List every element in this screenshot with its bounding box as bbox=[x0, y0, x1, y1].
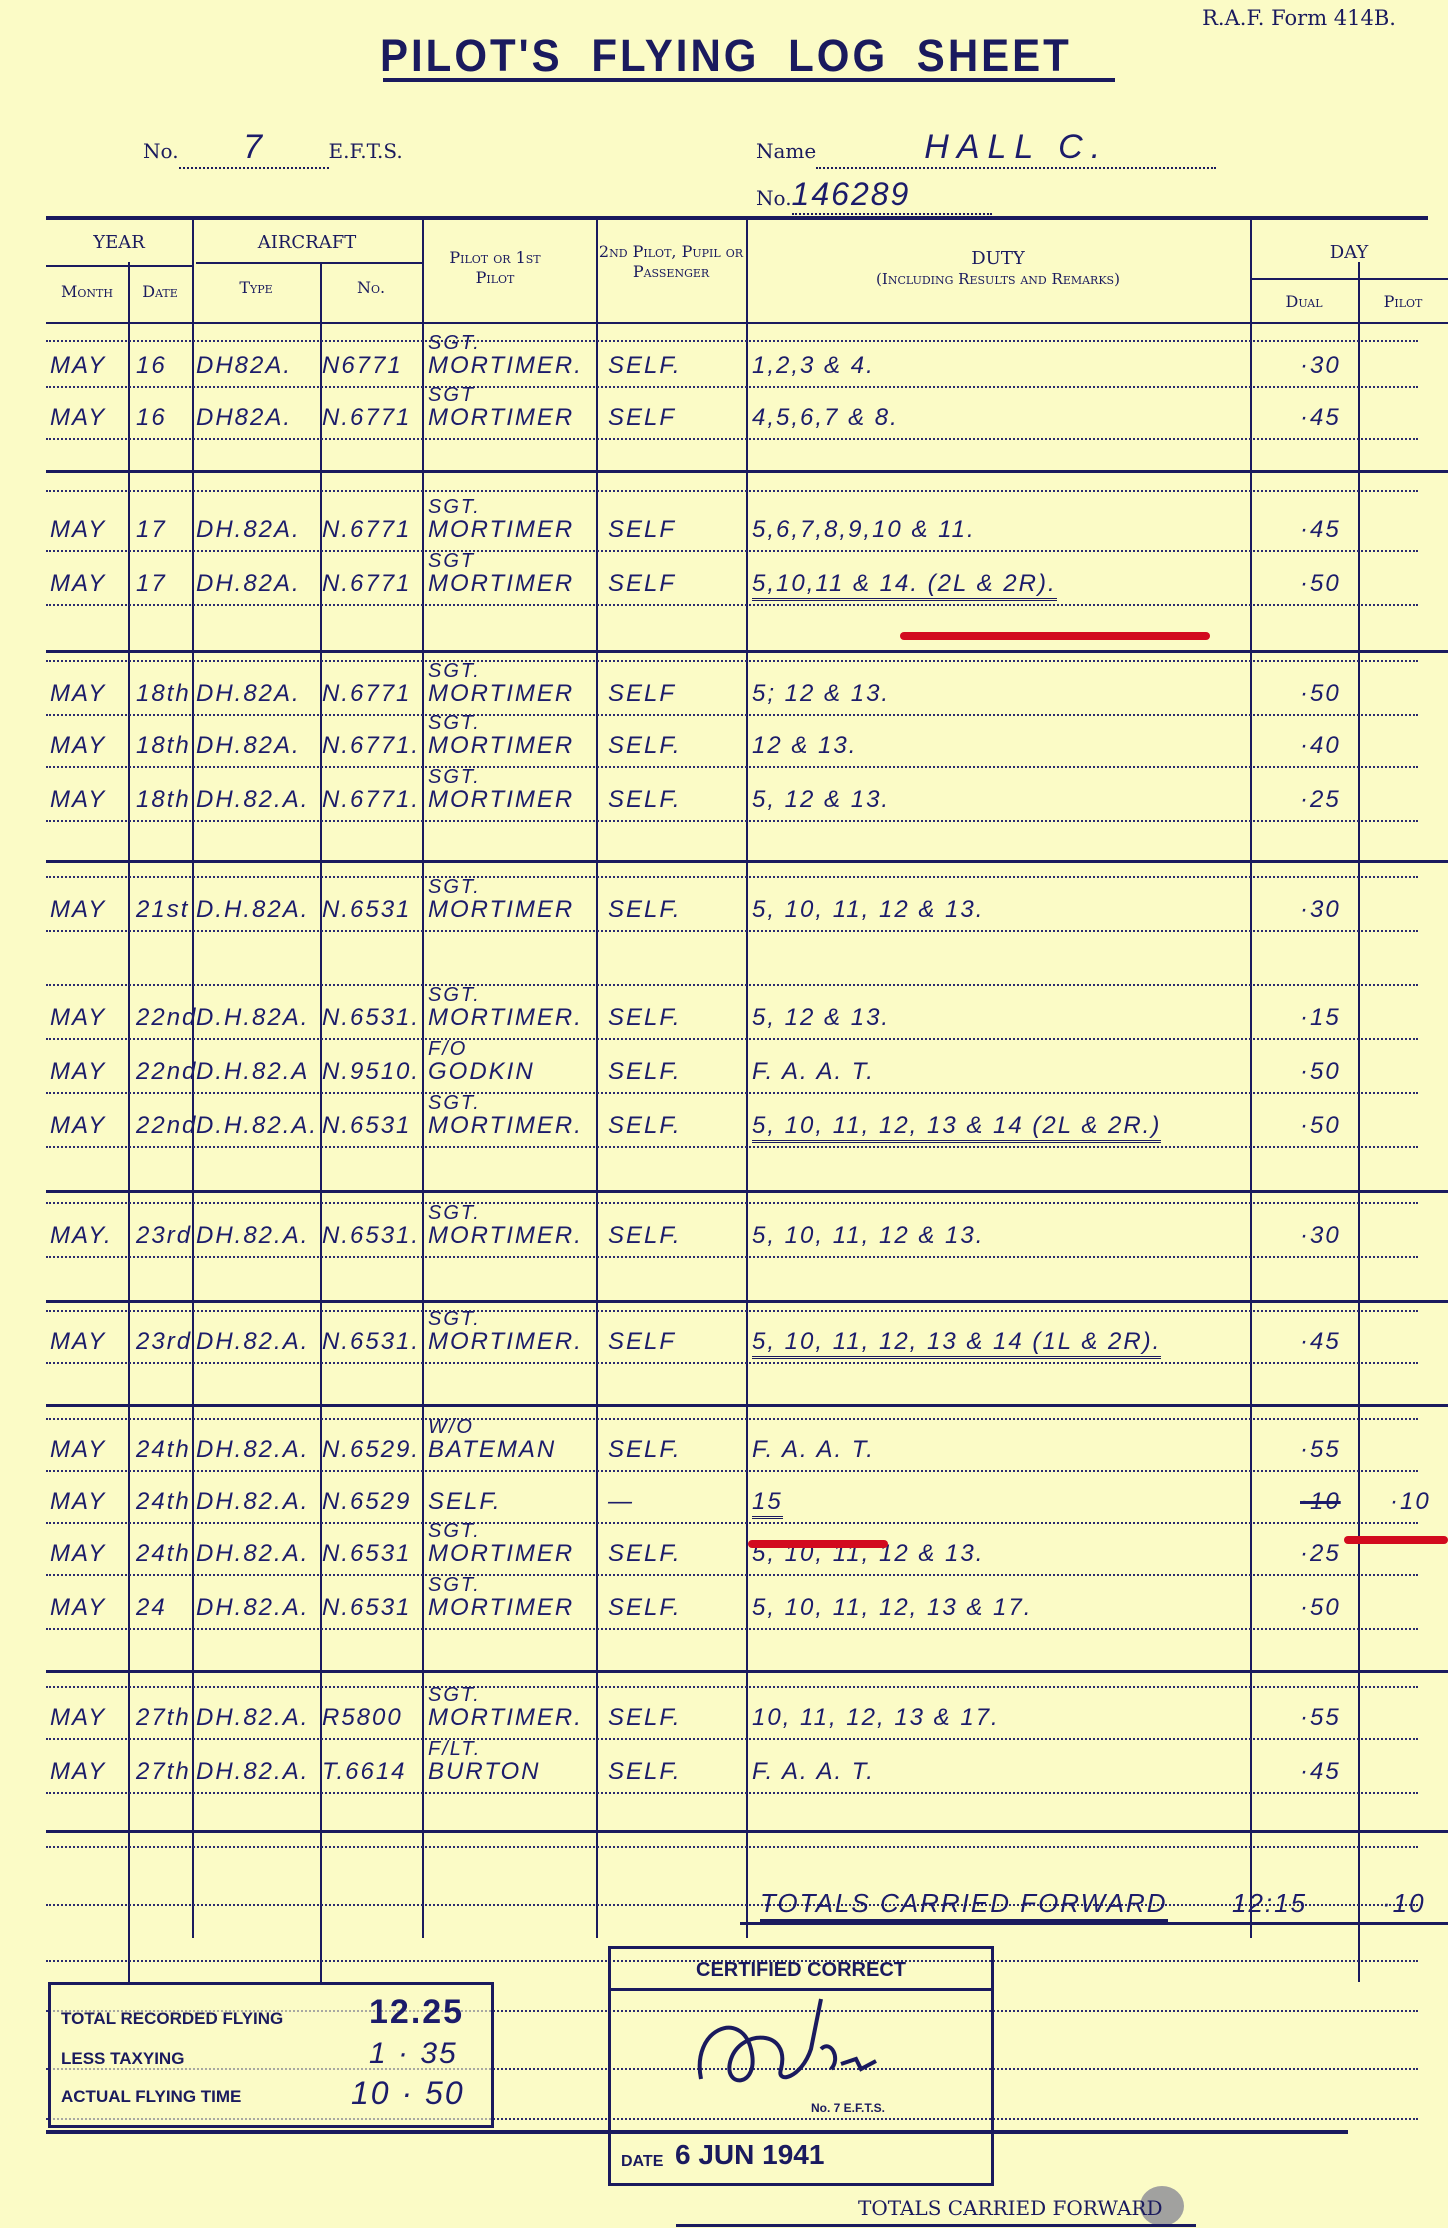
entry-type: DH.82.A. bbox=[196, 1328, 309, 1356]
totals-pilot: ·10 bbox=[1382, 1888, 1426, 1919]
col-second-pilot: 2nd Pilot, Pupil or Passenger bbox=[596, 242, 746, 282]
column-divider bbox=[128, 262, 130, 1982]
entry-no: N.6529. bbox=[322, 1436, 420, 1464]
ruled-line bbox=[46, 820, 1418, 822]
red-marker-underline bbox=[748, 1540, 888, 1548]
entry-second: — bbox=[608, 1488, 634, 1516]
day-separator bbox=[46, 1190, 1448, 1193]
col-pilot: Pilot or 1st Pilot bbox=[440, 248, 550, 288]
form-code: R.A.F. Form 414B. bbox=[1202, 6, 1396, 30]
entry-dual: ·45 bbox=[1300, 404, 1341, 432]
entry-duty: 5, 10, 11, 12 & 13. bbox=[752, 1222, 984, 1250]
entry-type: DH82A. bbox=[196, 404, 292, 432]
entry-no: N.9510. bbox=[322, 1058, 420, 1086]
school-label: No.7E.F.T.S. bbox=[143, 128, 403, 169]
entry-no: T.6614 bbox=[322, 1758, 407, 1786]
ruled-line bbox=[46, 876, 1418, 878]
ruled-line bbox=[46, 1792, 1418, 1794]
entry-dual: ·45 bbox=[1300, 1328, 1341, 1356]
total-recorded-flying-value: 12.25 bbox=[369, 1993, 464, 2032]
entry-duty: 15 bbox=[752, 1488, 783, 1519]
entry-second: SELF bbox=[608, 1328, 676, 1356]
entry-month: MAY bbox=[50, 680, 106, 708]
entry-dual: ·55 bbox=[1300, 1436, 1341, 1464]
entry-dual: ·50 bbox=[1300, 570, 1341, 598]
service-number: 146289 bbox=[792, 176, 992, 215]
entry-month: MAY bbox=[50, 1594, 106, 1622]
entry-date: 22nd bbox=[136, 1004, 197, 1032]
column-divider bbox=[596, 218, 598, 1938]
ruled-line bbox=[46, 766, 1418, 768]
red-marker-underline bbox=[900, 632, 1210, 640]
entry-month: MAY bbox=[50, 786, 106, 814]
ruled-line bbox=[46, 1574, 1418, 1576]
entry-dual: ·50 bbox=[1300, 680, 1341, 708]
totals-carried-forward-label: TOTALS CARRIED FORWARD bbox=[760, 1888, 1168, 1922]
entry-type: DH.82.A. bbox=[196, 1222, 309, 1250]
entry-duty: 5; 12 & 13. bbox=[752, 680, 890, 708]
entry-dual: ·25 bbox=[1300, 1540, 1341, 1568]
entry-duty: 4,5,6,7 & 8. bbox=[752, 404, 899, 432]
ruled-line bbox=[46, 1256, 1418, 1258]
entry-pilot: BURTON bbox=[428, 1758, 540, 1786]
entry-no: N.6771 bbox=[322, 680, 411, 708]
entry-pilot: MORTIMER. bbox=[428, 1704, 583, 1732]
entry-no: N.6531. bbox=[322, 1004, 420, 1032]
ruled-line bbox=[46, 1470, 1418, 1472]
entry-duty: 5, 12 & 13. bbox=[752, 786, 890, 814]
entry-type: D.H.82.A. bbox=[196, 1112, 318, 1140]
header-bottom-rule bbox=[46, 322, 1448, 324]
pilot-name: HALL C. bbox=[816, 128, 1216, 169]
entry-type: DH.82.A. bbox=[196, 1436, 309, 1464]
entry-second: SELF bbox=[608, 680, 676, 708]
entry-pilot: MORTIMER bbox=[428, 404, 574, 432]
entry-pilot: MORTIMER bbox=[428, 680, 574, 708]
ruled-line bbox=[46, 1904, 1418, 1906]
entry-no: N.6531 bbox=[322, 1540, 411, 1568]
ruled-line bbox=[46, 1146, 1418, 1148]
entry-second: SELF. bbox=[608, 732, 682, 760]
entry-date: 23rd bbox=[136, 1328, 192, 1356]
entry-duty: F. A. A. T. bbox=[752, 1436, 875, 1464]
entry-duty: 5, 10, 11, 12, 13 & 17. bbox=[752, 1594, 1032, 1622]
col-day-pilot: Pilot bbox=[1358, 292, 1448, 312]
column-divider bbox=[422, 218, 424, 1938]
entry-type: DH.82A. bbox=[196, 516, 301, 544]
entry-date: 27th bbox=[136, 1758, 191, 1786]
actual-flying-time-value: 10 · 50 bbox=[351, 2075, 465, 2112]
entry-dual: ·50 bbox=[1300, 1594, 1341, 1622]
entry-date: 24th bbox=[136, 1540, 191, 1568]
entry-type: DH.82A. bbox=[196, 680, 301, 708]
ruled-line bbox=[46, 1418, 1418, 1420]
ruled-line bbox=[46, 714, 1418, 716]
certified-correct-stamp: CERTIFIED CORRECT No. 7 E.F.T.S. DATE 6 … bbox=[608, 1946, 994, 2186]
entry-dual: ·30 bbox=[1300, 1222, 1341, 1250]
entry-no: N.6771 bbox=[322, 404, 411, 432]
entry-duty: 5, 10, 11, 12, 13 & 14 (1L & 2R). bbox=[752, 1328, 1161, 1359]
entry-no: N.6531 bbox=[322, 1112, 411, 1140]
entry-duty: 5, 12 & 13. bbox=[752, 1004, 890, 1032]
entry-duty: F. A. A. T. bbox=[752, 1758, 875, 1786]
day-separator bbox=[46, 860, 1448, 863]
entry-no: N.6771. bbox=[322, 786, 420, 814]
column-divider bbox=[1250, 218, 1252, 1938]
entry-dual: ·45 bbox=[1300, 516, 1341, 544]
column-divider bbox=[746, 218, 748, 1938]
totals-dual: 12:15 bbox=[1232, 1888, 1307, 1919]
entry-month: MAY bbox=[50, 1488, 106, 1516]
school-number: 7 bbox=[179, 128, 329, 169]
entry-date: 17 bbox=[136, 516, 167, 544]
entry-date: 18th bbox=[136, 786, 191, 814]
col-aircraft: AIRCRAFT bbox=[192, 232, 422, 255]
entry-dual: ·45 bbox=[1300, 1758, 1341, 1786]
col-duty: DUTY bbox=[746, 248, 1250, 271]
entry-type: DH82A. bbox=[196, 352, 292, 380]
col-month: Month bbox=[46, 282, 128, 302]
name-field: NameHALL C. bbox=[756, 128, 1216, 169]
entry-pilot: MORTIMER. bbox=[428, 1328, 583, 1356]
red-marker-underline bbox=[1344, 1536, 1448, 1544]
entry-date: 21st bbox=[136, 896, 189, 924]
entry-duty: 5,10,11 & 14. (2L & 2R). bbox=[752, 570, 1057, 601]
entry-date: 24 bbox=[136, 1594, 167, 1622]
entry-pilot: MORTIMER. bbox=[428, 352, 583, 380]
entry-second: SELF. bbox=[608, 1112, 682, 1140]
entry-date: 16 bbox=[136, 352, 167, 380]
entry-second: SELF. bbox=[608, 896, 682, 924]
entry-date: 27th bbox=[136, 1704, 191, 1732]
entry-pilot: SELF. bbox=[428, 1488, 502, 1516]
entry-no: N6771 bbox=[322, 352, 403, 380]
entry-date: 24th bbox=[136, 1436, 191, 1464]
entry-pilot: MORTIMER bbox=[428, 1594, 574, 1622]
ruled-line bbox=[46, 1686, 1418, 1688]
col-duty-sub: (Including Results and Remarks) bbox=[746, 270, 1250, 289]
entry-dual: ·55 bbox=[1300, 1704, 1341, 1732]
entry-duty: 5, 10, 11, 12 & 13. bbox=[752, 896, 984, 924]
ruled-line bbox=[46, 1362, 1418, 1364]
col-date: Date bbox=[128, 282, 192, 302]
entry-pilot: BATEMAN bbox=[428, 1436, 556, 1464]
signature-icon bbox=[681, 1989, 931, 2099]
page-title: PILOT'S FLYING LOG SHEET bbox=[380, 30, 1072, 82]
entry-no: N.6531. bbox=[322, 1222, 420, 1250]
entry-second: SELF. bbox=[608, 1004, 682, 1032]
ruled-line bbox=[46, 1202, 1418, 1204]
entry-dual: ·40 bbox=[1300, 732, 1341, 760]
col-day: DAY bbox=[1250, 242, 1448, 265]
entry-month: MAY bbox=[50, 1540, 106, 1568]
entry-second: SELF. bbox=[608, 1222, 682, 1250]
ruled-line bbox=[46, 386, 1418, 388]
ruled-line bbox=[46, 1738, 1418, 1740]
entry-month: MAY bbox=[50, 1328, 106, 1356]
entry-type: DH.82.A. bbox=[196, 1704, 309, 1732]
entry-second: SELF. bbox=[608, 1436, 682, 1464]
entry-date: 16 bbox=[136, 404, 167, 432]
entry-type: D.H.82A. bbox=[196, 896, 309, 924]
entry-dual: ·50 bbox=[1300, 1058, 1341, 1086]
entry-type: DH.82.A. bbox=[196, 1758, 309, 1786]
entry-date: 18th bbox=[136, 732, 191, 760]
entry-pilot: MORTIMER. bbox=[428, 1004, 583, 1032]
ruled-line bbox=[46, 1310, 1418, 1312]
ruled-line bbox=[46, 1092, 1418, 1094]
entry-second: SELF. bbox=[608, 1540, 682, 1568]
ruled-line bbox=[46, 660, 1418, 662]
entry-month: MAY bbox=[50, 1704, 106, 1732]
entry-duty: 5,6,7,8,9,10 & 11. bbox=[752, 516, 976, 544]
entry-second: SELF. bbox=[608, 1058, 682, 1086]
entry-month: MAY bbox=[50, 1758, 106, 1786]
ruled-line bbox=[46, 550, 1418, 552]
entry-type: DH.82.A. bbox=[196, 786, 309, 814]
ruled-line bbox=[46, 490, 1418, 492]
less-taxying-value: 1 · 35 bbox=[369, 2037, 458, 2071]
entry-type: DH.82A. bbox=[196, 570, 301, 598]
entry-pilot: MORTIMER bbox=[428, 516, 574, 544]
entry-duty: F. A. A. T. bbox=[752, 1058, 875, 1086]
entry-dual: ·30 bbox=[1300, 352, 1341, 380]
day-separator bbox=[46, 1404, 1448, 1407]
entry-duty: 12 & 13. bbox=[752, 732, 857, 760]
ruled-line bbox=[46, 340, 1418, 342]
entry-pilot: MORTIMER bbox=[428, 570, 574, 598]
entry-type: DH.82A. bbox=[196, 732, 301, 760]
table-top-rule bbox=[46, 216, 1428, 220]
entry-type: DH.82.A. bbox=[196, 1540, 309, 1568]
entry-month: MAY bbox=[50, 516, 106, 544]
entry-pilot: MORTIMER bbox=[428, 732, 574, 760]
service-number-field: No.146289 bbox=[756, 176, 992, 215]
entry-month: MAY. bbox=[50, 1222, 113, 1250]
title-underline bbox=[383, 78, 1115, 82]
entry-date: 17 bbox=[136, 570, 167, 598]
entry-type: D.H.82.A bbox=[196, 1058, 309, 1086]
entry-second: SELF. bbox=[608, 1758, 682, 1786]
entry-no: N.6529 bbox=[322, 1488, 411, 1516]
entry-dual: ·15 bbox=[1300, 1004, 1341, 1032]
ruled-line bbox=[46, 1522, 1418, 1524]
day-separator bbox=[46, 1830, 1448, 1833]
entry-month: MAY bbox=[50, 1004, 106, 1032]
entry-month: MAY bbox=[50, 570, 106, 598]
flying-time-summary: TOTAL RECORDED FLYING 12.25 LESS TAXYING… bbox=[48, 1982, 494, 2128]
entry-no: N.6531 bbox=[322, 896, 411, 924]
entry-pilot: MORTIMER. bbox=[428, 1222, 583, 1250]
footer-totals-label: TOTALS CARRIED FORWARD bbox=[858, 2196, 1163, 2220]
entry-duty: 10, 11, 12, 13 & 17. bbox=[752, 1704, 1000, 1732]
day-separator bbox=[46, 1300, 1448, 1303]
entry-month: MAY bbox=[50, 732, 106, 760]
ruled-line bbox=[46, 1846, 1418, 1848]
entry-month: MAY bbox=[50, 1436, 106, 1464]
entry-month: MAY bbox=[50, 896, 106, 924]
entry-duty: 5, 10, 11, 12, 13 & 14 (2L & 2R.) bbox=[752, 1112, 1161, 1143]
entry-dual: ·25 bbox=[1300, 786, 1341, 814]
ruled-line bbox=[46, 930, 1418, 932]
entry-second: SELF. bbox=[608, 1594, 682, 1622]
entry-date: 24th bbox=[136, 1488, 191, 1516]
day-separator bbox=[46, 470, 1448, 473]
ruled-line bbox=[46, 984, 1418, 986]
entry-solo: ·10 bbox=[1390, 1488, 1431, 1516]
column-divider bbox=[1358, 262, 1360, 1982]
entry-month: MAY bbox=[50, 1058, 106, 1086]
col-year: YEAR bbox=[46, 232, 192, 255]
entry-pilot: MORTIMER bbox=[428, 896, 574, 924]
entry-no: N.6531 bbox=[322, 1594, 411, 1622]
ruled-line bbox=[46, 438, 1418, 440]
entry-second: SELF. bbox=[608, 786, 682, 814]
entry-type: DH.82.A. bbox=[196, 1594, 309, 1622]
entry-date: 22nd bbox=[136, 1058, 197, 1086]
entry-second: SELF bbox=[608, 516, 676, 544]
entry-date: 23rd bbox=[136, 1222, 192, 1250]
entry-no: N.6771. bbox=[322, 732, 420, 760]
ruled-line bbox=[46, 604, 1418, 606]
entry-dual: ·50 bbox=[1300, 1112, 1341, 1140]
entry-no: R5800 bbox=[322, 1704, 403, 1732]
entry-second: SELF. bbox=[608, 1704, 682, 1732]
certification-date: 6 JUN 1941 bbox=[675, 2139, 824, 2171]
col-no: No. bbox=[320, 278, 422, 298]
entry-date: 18th bbox=[136, 680, 191, 708]
entry-pilot: MORTIMER bbox=[428, 1540, 574, 1568]
entry-pilot: GODKIN bbox=[428, 1058, 535, 1086]
ruled-line bbox=[46, 1038, 1418, 1040]
entry-second: SELF bbox=[608, 404, 676, 432]
entry-type: DH.82.A. bbox=[196, 1488, 309, 1516]
entry-duty: 1,2,3 & 4. bbox=[752, 352, 875, 380]
entry-no: N.6531. bbox=[322, 1328, 420, 1356]
entry-month: MAY bbox=[50, 404, 106, 432]
col-type: Type bbox=[192, 278, 320, 298]
day-separator bbox=[46, 650, 1448, 653]
ruled-line bbox=[46, 1628, 1418, 1630]
entry-second: SELF bbox=[608, 570, 676, 598]
entry-pilot: MORTIMER bbox=[428, 786, 574, 814]
entry-date: 22nd bbox=[136, 1112, 197, 1140]
entry-no: N.6771 bbox=[322, 570, 411, 598]
entry-dual: ·30 bbox=[1300, 896, 1341, 924]
col-dual: Dual bbox=[1250, 292, 1358, 312]
day-separator bbox=[46, 1670, 1448, 1673]
entry-no: N.6771 bbox=[322, 516, 411, 544]
entry-pilot: MORTIMER. bbox=[428, 1112, 583, 1140]
entry-month: MAY bbox=[50, 1112, 106, 1140]
entry-second: SELF. bbox=[608, 352, 682, 380]
entry-dual: ·10 bbox=[1300, 1488, 1341, 1516]
entry-type: D.H.82A. bbox=[196, 1004, 309, 1032]
entry-month: MAY bbox=[50, 352, 106, 380]
